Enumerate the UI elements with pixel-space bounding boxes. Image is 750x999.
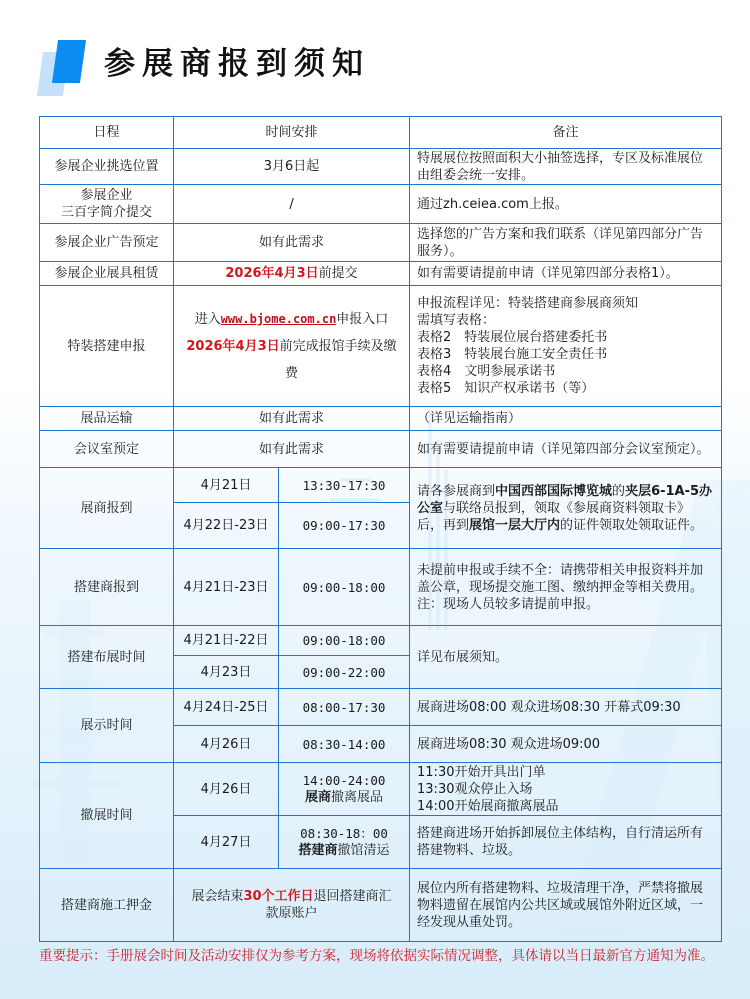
slot-date: 4月24日-25日	[174, 689, 279, 726]
row-item: 参展企业 三百字简介提交	[40, 185, 174, 224]
row-item: 参展企业挑选位置	[40, 149, 174, 185]
column-header-schedule: 日程	[40, 117, 174, 149]
note-line: 14:00开始展商撤离展品	[417, 798, 715, 815]
row-note: 展位内所有搭建物料、垃圾清理干净，严禁将撤展物料遗留在展馆内公共区域或展馆外附近…	[410, 869, 722, 942]
table-row: 会议室预定 如有此需求 如有需要请提前申请（详见第四部分会议室预定）。	[40, 431, 722, 468]
row-item: 参展企业广告预定	[40, 224, 174, 262]
row-item: 展商报到	[40, 468, 174, 549]
note-bold-venue: 中国西部国际博览城	[495, 484, 612, 499]
row-item: 展品运输	[40, 407, 174, 431]
deadline-suffix: 前完成报馆手续及缴费	[280, 339, 397, 381]
note-line: 需填写表格：	[417, 312, 715, 329]
row-time: 进入www.bjome.com.cn申报入口 2026年4月3日前完成报馆手续及…	[174, 286, 410, 407]
note-line: 11:30开始开具出门单	[417, 764, 715, 781]
table-row: 参展企业挑选位置 3月6日起 特展展位按照面积大小抽签选择，专区及标准展位由组委…	[40, 149, 722, 185]
row-note: 通过zh.ceiea.com上报。	[410, 185, 722, 224]
slot-note: 11:30开始开具出门单 13:30观众停止入场 14:00开始展商撤离展品	[410, 763, 722, 816]
row-note: 详见布展须知。	[410, 626, 722, 689]
row-item: 搭建布展时间	[40, 626, 174, 689]
row-time: 如有此需求	[174, 224, 410, 262]
slot-hours: 08:00-17:30	[279, 689, 410, 726]
row-time: 如有此需求	[174, 431, 410, 468]
slot-hours: 13:30-17:30	[279, 468, 410, 503]
row-item: 展示时间	[40, 689, 174, 763]
row-item: 特装搭建申报	[40, 286, 174, 407]
time-prefix: 进入	[195, 312, 221, 327]
logo-mark-front	[52, 40, 86, 83]
deadline-highlight: 2026年4月3日	[225, 266, 318, 281]
table-row: 参展企业广告预定 如有此需求 选择您的广告方案和我们联系（详见第四部分广告服务）…	[40, 224, 722, 262]
row-note: 请各参展商到中国西部国际博览城的夹层6-1A-5办公室与联络员报到，领取《参展商…	[410, 468, 722, 549]
row-item: 撤展时间	[40, 763, 174, 869]
note-line: 13:30观众停止入场	[417, 781, 715, 798]
table-row: 展示时间 4月24日-25日 08:00-17:30 展商进场08:00 观众进…	[40, 689, 722, 726]
note-line: 表格2 特装展位展台搭建委托书	[417, 329, 715, 346]
note-line: 申报流程详见：特装搭建商参展商须知	[417, 295, 715, 312]
table-row: 展品运输 如有此需求 （详见运输指南）	[40, 407, 722, 431]
slot-date: 4月21日-23日	[174, 549, 279, 626]
note-line: 表格5 知识产权承诺书（等）	[417, 380, 715, 397]
row-note: 申报流程详见：特装搭建商参展商须知 需填写表格： 表格2 特装展位展台搭建委托书…	[410, 286, 722, 407]
table-row: 参展企业展具租赁 2026年4月3日前提交 如有需要请提前申请（详见第四部分表格…	[40, 262, 722, 286]
row-note: 如有需要请提前申请（详见第四部分会议室预定）。	[410, 431, 722, 468]
row-item: 搭建商报到	[40, 549, 174, 626]
slot-hours: 09:00-17:30	[279, 503, 410, 549]
schedule-table: 日程 时间安排 备注 参展企业挑选位置 3月6日起 特展展位按照面积大小抽签选择…	[39, 116, 722, 942]
column-header-notes: 备注	[410, 117, 722, 149]
row-time: 3月6日起	[174, 149, 410, 185]
important-notice: 重要提示：手册展会时间及活动安排仅为参考方案，现场将依据实际情况调整，具体请以当…	[39, 946, 719, 966]
table-row: 撤展时间 4月26日 14:00-24:00 展商撤离展品 11:30开始开具出…	[40, 763, 722, 816]
slot-note: 展商进场08:30 观众进场09:00	[410, 726, 722, 763]
row-item: 参展企业展具租赁	[40, 262, 174, 286]
table-row: 参展企业 三百字简介提交 / 通过zh.ceiea.com上报。	[40, 185, 722, 224]
slot-date: 4月27日	[174, 816, 279, 869]
slot-date: 4月21日-22日	[174, 626, 279, 656]
deadline-suffix: 前提交	[319, 266, 358, 281]
deadline-highlight: 30个工作日	[243, 889, 313, 904]
slot-note: 展商进场08:00 观众进场08:30 开幕式09:30	[410, 689, 722, 726]
slot-hours-range: 08:30-18：00	[285, 825, 403, 842]
row-note: 未提前申报或手续不全：请携带相关申报资料并加盖公章，现场提交施工图、缴纳押金等相…	[410, 549, 722, 626]
slot-hours: 09:00-18:00	[279, 549, 410, 626]
note-text: 的	[612, 484, 625, 499]
table-row: 搭建布展时间 4月21日-22日 09:00-18:00 详见布展须知。	[40, 626, 722, 656]
slot-date: 4月22日-23日	[174, 503, 279, 549]
slot-action: 展商撤离展品	[285, 789, 403, 806]
row-time: 2026年4月3日前提交	[174, 262, 410, 286]
slot-action-text: 撤离展品	[331, 790, 383, 805]
slot-hours: 08:30-14:00	[279, 726, 410, 763]
slot-action: 搭建商撤馆清运	[285, 842, 403, 859]
note-text: 请各参展商到	[417, 484, 495, 499]
row-time: 如有此需求	[174, 407, 410, 431]
slot-hours: 14:00-24:00 展商撤离展品	[279, 763, 410, 816]
note-line: 未提前申报或手续不全：请携带相关申报资料并加盖公章，现场提交施工图、缴纳押金等相…	[417, 562, 715, 596]
slot-hours: 09:00-18:00	[279, 626, 410, 656]
slot-hours: 08:30-18：00 搭建商撤馆清运	[279, 816, 410, 869]
row-note: （详见运输指南）	[410, 407, 722, 431]
logo-mark-back	[37, 52, 69, 96]
table-row: 搭建商报到 4月21日-23日 09:00-18:00 未提前申报或手续不全：请…	[40, 549, 722, 626]
row-item-line: 三百字简介提交	[46, 204, 167, 221]
note-line: 表格4 文明参展承诺书	[417, 363, 715, 380]
row-time: /	[174, 185, 410, 224]
time-link-suffix: 申报入口	[336, 312, 388, 327]
page-title: 参展商报到须知	[104, 44, 370, 84]
row-item: 搭建商施工押金	[40, 869, 174, 942]
table-header-row: 日程 时间安排 备注	[40, 117, 722, 149]
row-note: 选择您的广告方案和我们联系（详见第四部分广告服务）。	[410, 224, 722, 262]
row-note: 特展展位按照面积大小抽签选择，专区及标准展位由组委会统一安排。	[410, 149, 722, 185]
slot-action-text: 撤馆清运	[338, 843, 390, 858]
note-line: 表格3 特装展台施工安全责任书	[417, 346, 715, 363]
column-header-time: 时间安排	[174, 117, 410, 149]
slot-note: 搭建商进场开始拆卸展位主体结构，自行清运所有搭建物料、垃圾。	[410, 816, 722, 869]
table-row: 搭建商施工押金 展会结束30个工作日退回搭建商汇款原账户 展位内所有搭建物料、垃…	[40, 869, 722, 942]
table-row: 展商报到 4月21日 13:30-17:30 请各参展商到中国西部国际博览城的夹…	[40, 468, 722, 503]
row-item-line: 参展企业	[46, 187, 167, 204]
note-bold-hall: 展馆一层大厅内	[469, 518, 560, 533]
note-text: 的证件领取处领取证件。	[560, 518, 703, 533]
table-row: 特装搭建申报 进入www.bjome.com.cn申报入口 2026年4月3日前…	[40, 286, 722, 407]
registration-link[interactable]: www.bjome.com.cn	[221, 312, 337, 326]
slot-hours-range: 14:00-24:00	[285, 772, 403, 789]
slot-date: 4月26日	[174, 763, 279, 816]
row-note: 如有需要请提前申请（详见第四部分表格1）。	[410, 262, 722, 286]
slot-date: 4月23日	[174, 656, 279, 689]
slot-date: 4月21日	[174, 468, 279, 503]
deadline-highlight: 2026年4月3日	[186, 339, 279, 354]
slot-who: 搭建商	[298, 843, 337, 858]
row-item: 会议室预定	[40, 431, 174, 468]
row-time: 展会结束30个工作日退回搭建商汇款原账户	[174, 869, 410, 942]
slot-who: 展商	[305, 790, 331, 805]
time-prefix: 展会结束	[191, 889, 243, 904]
slot-hours: 09:00-22:00	[279, 656, 410, 689]
note-line: 注：现场人员较多请提前申报。	[417, 596, 715, 613]
slot-date: 4月26日	[174, 726, 279, 763]
